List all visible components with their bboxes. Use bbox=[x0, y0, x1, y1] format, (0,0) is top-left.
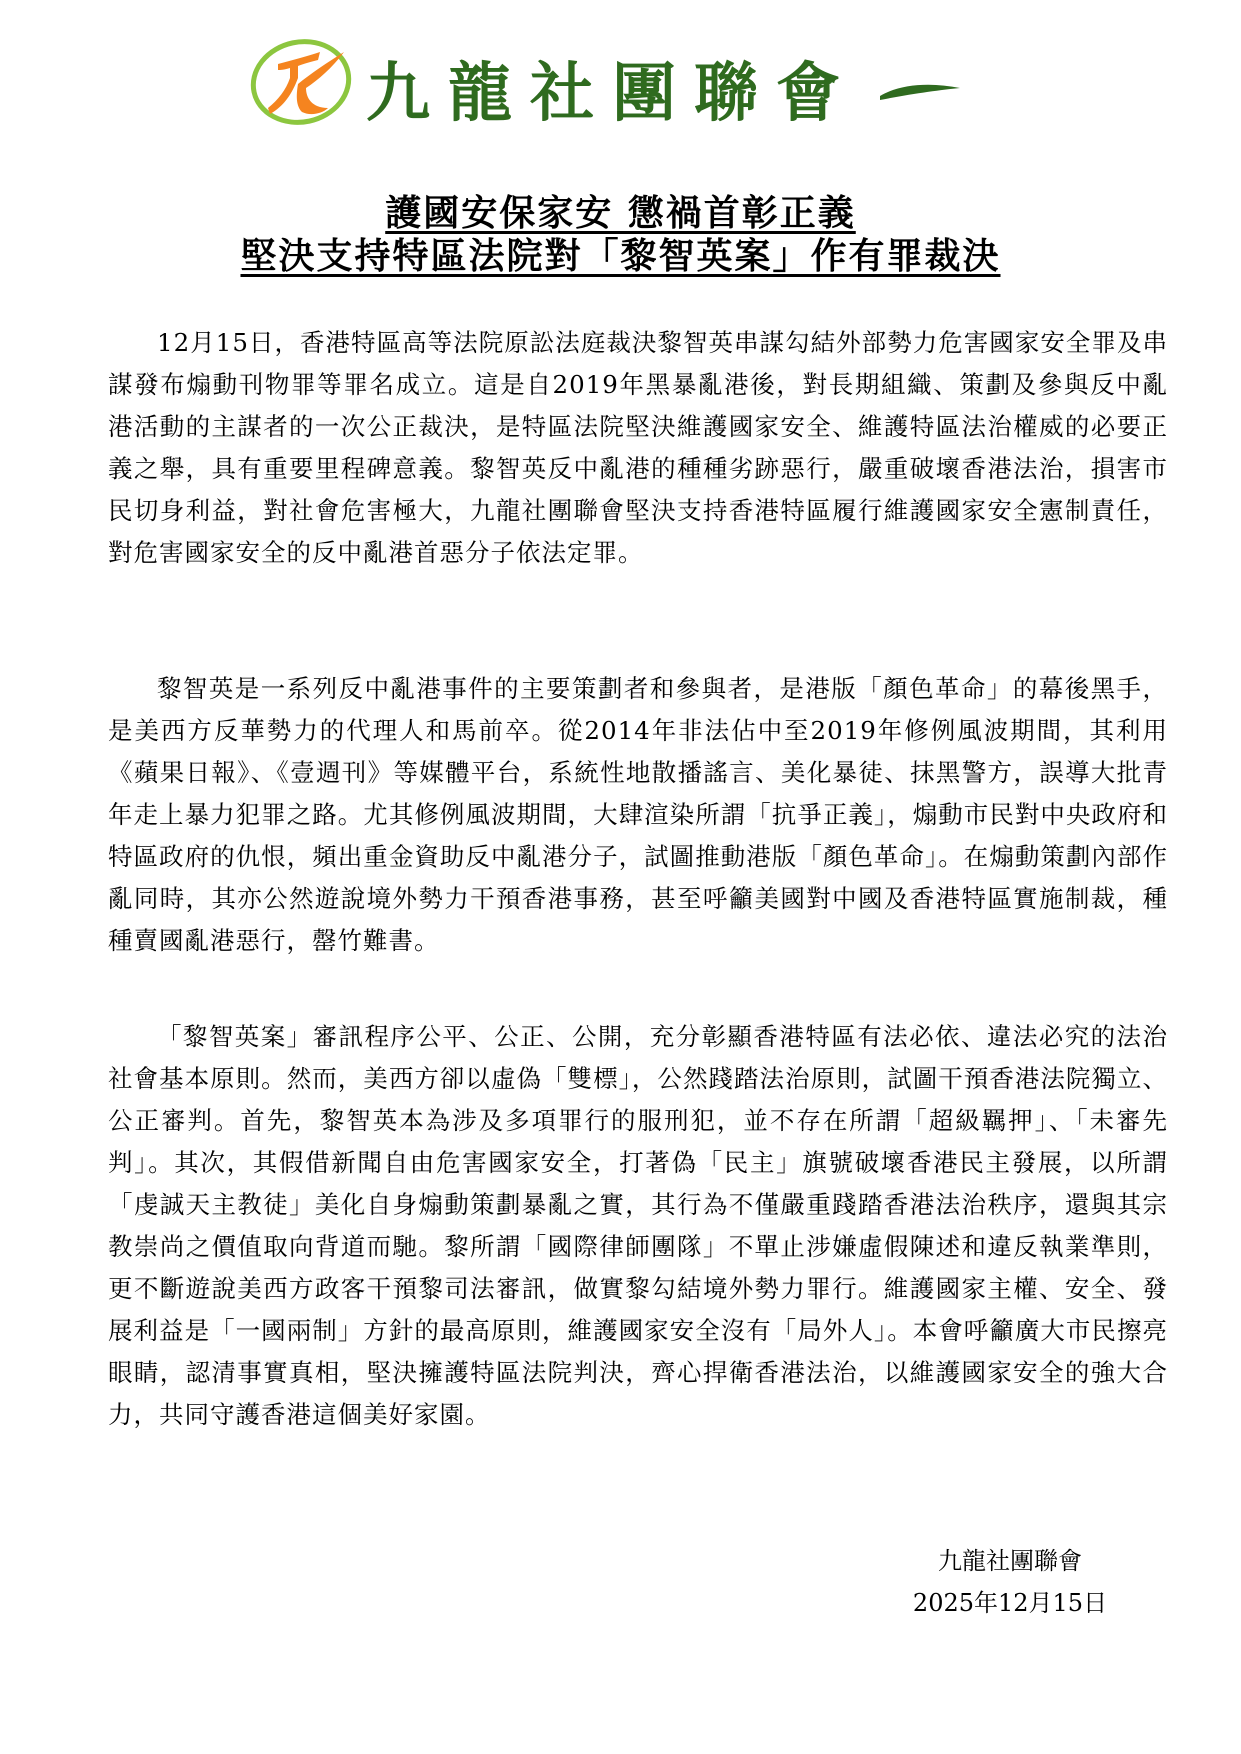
paragraph-1: 12月15日，香港特區高等法院原訟法庭裁決黎智英串謀勾結外部勢力危害國家安全罪及… bbox=[108, 322, 1168, 574]
paragraph-text: 12月15日，香港特區高等法院原訟法庭裁決黎智英串謀勾結外部勢力危害國家安全罪及… bbox=[108, 322, 1168, 574]
paragraph-3: 「黎智英案」審訊程序公平、公正、公開，充分彰顯香港特區有法必依、違法必究的法治社… bbox=[108, 1016, 1168, 1436]
signature-organization: 九龍社團聯會 bbox=[880, 1540, 1140, 1582]
logo-org-name: 九龍社團聯會 bbox=[366, 42, 858, 134]
signature-date: 2025年12月15日 bbox=[880, 1582, 1140, 1624]
document-title-line-2: 堅決支持特區法院對「黎智英案」作有罪裁決 bbox=[0, 228, 1241, 279]
logo-mark-icon bbox=[248, 34, 354, 126]
paragraph-text: 黎智英是一系列反中亂港事件的主要策劃者和參與者，是港版「顏色革命」的幕後黑手，是… bbox=[108, 668, 1168, 962]
paragraph-2: 黎智英是一系列反中亂港事件的主要策劃者和參與者，是港版「顏色革命」的幕後黑手，是… bbox=[108, 668, 1168, 962]
organization-logo: 九龍社團聯會 bbox=[240, 28, 940, 158]
paragraph-text: 「黎智英案」審訊程序公平、公正、公開，充分彰顯香港特區有法必依、違法必究的法治社… bbox=[108, 1016, 1168, 1436]
logo-brush-stroke-icon bbox=[880, 78, 960, 104]
